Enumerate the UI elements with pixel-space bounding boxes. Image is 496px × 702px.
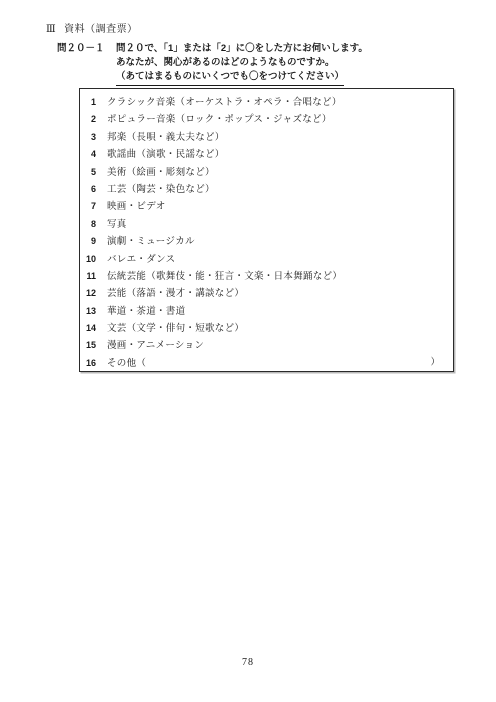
option-label: 歌謡曲（演歌・民謡など） xyxy=(107,147,225,164)
option-row: 8写真 xyxy=(80,216,453,233)
option-number: 3 xyxy=(80,129,96,146)
option-row: 2ポピュラー音楽（ロック・ポップス・ジャズなど） xyxy=(80,111,453,128)
option-label: ポピュラー音楽（ロック・ポップス・ジャズなど） xyxy=(107,112,332,129)
option-number: 5 xyxy=(80,164,96,181)
option-label: 写真 xyxy=(107,217,127,234)
option-label: 映画・ビデオ xyxy=(107,199,166,216)
option-label: 美術（絵画・彫刻など） xyxy=(107,165,215,182)
option-number: 15 xyxy=(80,337,96,354)
options-box: 1クラシック音楽（オーケストラ・オペラ・合唱など）2ポピュラー音楽（ロック・ポッ… xyxy=(79,88,454,372)
option-list: 1クラシック音楽（オーケストラ・オペラ・合唱など）2ポピュラー音楽（ロック・ポッ… xyxy=(80,89,453,372)
option-label: 文芸（文学・俳句・短歌など） xyxy=(107,321,244,338)
section-title: 資料（調査票） xyxy=(64,24,138,35)
option-fillin-close-paren: ） xyxy=(430,355,440,372)
question-line-1: 問２０で、「1」または「2」に〇をした方にお伺いします。 xyxy=(116,42,368,56)
section-numeral: Ⅲ xyxy=(46,24,56,35)
option-number: 6 xyxy=(80,181,96,198)
option-number: 11 xyxy=(80,268,96,285)
option-row: 3邦楽（長唄・義太夫など） xyxy=(80,129,453,146)
option-row: 16その他（） xyxy=(80,355,453,372)
option-number: 8 xyxy=(80,216,96,233)
option-number: 12 xyxy=(80,285,96,302)
option-row: 10バレエ・ダンス xyxy=(80,251,453,268)
option-label: クラシック音楽（オーケストラ・オペラ・合唱など） xyxy=(107,95,342,112)
question-line-2: あなたが、関心があるのはどのようなものですか。 xyxy=(116,56,368,70)
option-row: 5美術（絵画・彫刻など） xyxy=(80,164,453,181)
option-label: バレエ・ダンス xyxy=(107,252,175,269)
option-number: 4 xyxy=(80,146,96,163)
option-row: 15漫画・アニメーション xyxy=(80,337,453,354)
option-label: 邦楽（長唄・義太夫など） xyxy=(107,130,225,147)
option-row: 4歌謡曲（演歌・民謡など） xyxy=(80,146,453,163)
option-label: 漫画・アニメーション xyxy=(107,338,204,355)
option-number: 10 xyxy=(80,251,96,268)
option-number: 14 xyxy=(80,320,96,337)
option-label: 華道・茶道・書道 xyxy=(107,304,185,321)
question-block: 問２０－１ 問２０で、「1」または「2」に〇をした方にお伺いします。 あなたが、… xyxy=(57,42,368,84)
option-row: 9演劇・ミュージカル xyxy=(80,233,453,250)
document-page: Ⅲ資料（調査票） 問２０－１ 問２０で、「1」または「2」に〇をした方にお伺いし… xyxy=(0,0,496,702)
option-number: 2 xyxy=(80,111,96,128)
option-number: 13 xyxy=(80,303,96,320)
option-row: 11伝統芸能（歌舞伎・能・狂言・文楽・日本舞踊など） xyxy=(80,268,453,285)
option-row: 1クラシック音楽（オーケストラ・オペラ・合唱など） xyxy=(80,94,453,111)
section-header: Ⅲ資料（調査票） xyxy=(46,20,138,35)
option-number: 9 xyxy=(80,233,96,250)
option-number: 1 xyxy=(80,94,96,111)
option-row: 6工芸（陶芸・染色など） xyxy=(80,181,453,198)
option-label: 芸能（落語・漫才・講談など） xyxy=(107,286,244,303)
question-number: 問２０－１ xyxy=(57,42,116,84)
option-row: 13華道・茶道・書道 xyxy=(80,303,453,320)
question-instruction-row: （あてはまるものにいくつでも〇をつけてください） xyxy=(116,70,368,84)
question-text: 問２０で、「1」または「2」に〇をした方にお伺いします。 あなたが、関心があるの… xyxy=(116,42,368,84)
option-label: その他（ xyxy=(107,356,146,373)
question-instruction: （あてはまるものにいくつでも〇をつけてください） xyxy=(116,70,344,86)
option-number: 16 xyxy=(80,355,96,372)
option-label: 演劇・ミュージカル xyxy=(107,234,195,251)
option-label: 伝統芸能（歌舞伎・能・狂言・文楽・日本舞踊など） xyxy=(107,269,342,286)
option-row: 7映画・ビデオ xyxy=(80,198,453,215)
option-label: 工芸（陶芸・染色など） xyxy=(107,182,215,199)
option-row: 12芸能（落語・漫才・講談など） xyxy=(80,285,453,302)
option-number: 7 xyxy=(80,198,96,215)
page-number: 78 xyxy=(0,657,496,668)
option-row: 14文芸（文学・俳句・短歌など） xyxy=(80,320,453,337)
